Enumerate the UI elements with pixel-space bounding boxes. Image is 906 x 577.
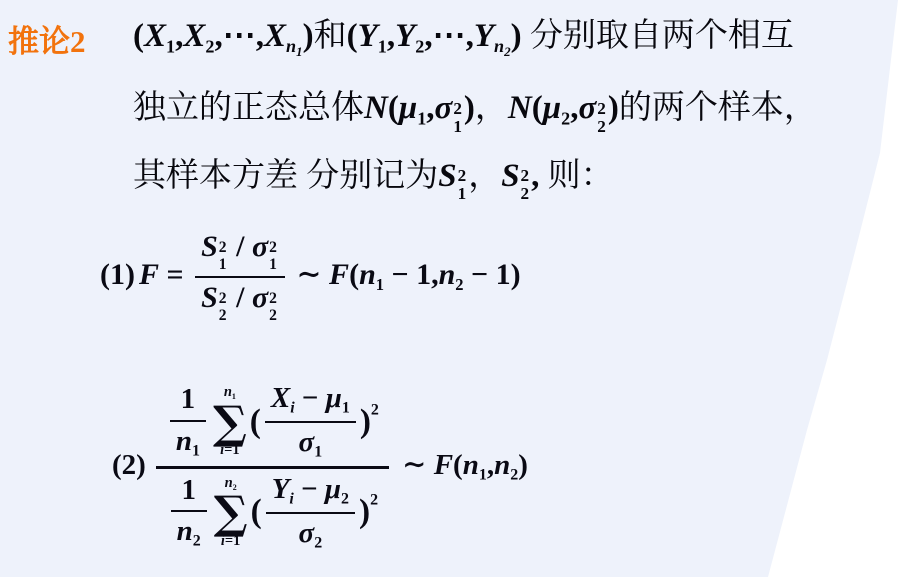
math-token: ) [303,18,314,54]
math-token: X [264,18,286,54]
math-row: i=1 [220,442,240,458]
math-token: S [501,158,519,194]
math-row: S21 / σ21 [201,230,279,263]
cjk-text: 和 [314,18,347,54]
math-token: σ [252,230,268,263]
math-token: ,⋯, [424,18,474,54]
corollary-badge: 推论2 [8,16,86,61]
formula-2: (2)1n1n1∑i=1(Xi − μ1σ1)21n2n2∑i=1(Yi − μ… [112,382,528,553]
math-supsub: 22 [219,291,227,325]
math-token: S [438,158,456,194]
statement-line-2: 独立的正态总体N(μ1,σ21)，N(μ2,σ22)的两个样本， [133,80,906,147]
math-token: n [177,515,193,547]
math-token: ) [359,494,370,531]
math-fraction: Xi − μ1σ1 [265,382,356,462]
math-superscript: 2 [370,492,378,509]
math-subscript: n1 [286,36,303,56]
math-subscript: 1 [166,36,175,56]
math-token: ( [388,90,399,126]
math-subscript: 1 [479,467,487,484]
math-token: =1 [224,442,240,458]
math-fraction: Yi − μ2σ2 [266,473,355,553]
math-token: − 1) [464,258,521,291]
math-subscript: 2 [510,467,518,484]
cjk-text: 的两个样本， [619,90,817,126]
math-token: (2) [112,449,146,481]
math-token: , [387,18,395,54]
math-token: N [364,90,388,126]
math-token: N [508,90,532,126]
math-token: , [487,449,494,481]
math-summation: n2∑i=1 [214,476,248,550]
cjk-text: ， [468,158,501,194]
math-token: μ [543,90,561,126]
math-token: ) [608,90,619,126]
math-token: S [201,230,218,263]
math-supsub: 22 [269,291,277,325]
math-token: X [271,382,290,414]
math-supsub: 22 [521,167,530,204]
math-token: ( [251,494,262,531]
math-token: =1 [225,533,241,549]
math-fraction: S21 / σ21S22 / σ22 [195,230,285,325]
math-token: ( [349,258,359,291]
math-subscript: 1 [378,36,387,56]
math-token: ( [250,403,261,440]
math-token: σ [435,90,453,126]
math-token: μ [326,382,342,414]
cjk-text: 其样本方差 分别记为 [133,158,438,194]
math-supsub: 21 [458,167,467,204]
math-row: 1n1n1∑i=1(Xi − μ1σ1)2 [166,404,379,436]
math-subscript: 1 [314,444,322,461]
math-token: μ [399,90,417,126]
math-row: i=1 [221,533,241,549]
math-token: / [229,230,252,263]
math-token: n [494,449,510,481]
math-token: ) [464,90,475,126]
math-token: ) [360,403,371,440]
cjk-text: 独立的正态总体 [133,90,364,126]
math-token: F [434,449,453,481]
math-token: ( [453,449,463,481]
cjk-text: 分别取自两个相互 [530,18,794,54]
math-subscript: 2 [561,109,570,129]
math-token: Y [395,18,415,54]
math-token: σ [299,426,315,458]
math-token: μ [325,473,341,505]
math-row: Yi − μ2 [272,473,349,505]
math-token: / [229,281,252,314]
math-row: Xi − μ1 [271,382,350,414]
math-summation: n1∑i=1 [213,385,247,459]
math-token: ∼ [395,449,434,481]
statement-line-3: 其样本方差 分别记为S21，S22, 则： [133,148,906,205]
math-token: − [294,473,325,505]
math-row: (1)F = S21 / σ21S22 / σ22 ∼ F(n1 − 1,n2 … [100,258,521,291]
math-fraction: 1n2 [171,474,207,551]
slide: 推论2 (X1,X2,⋯,Xn1)和(Y1,Y2,⋯,Yn2) 分别取自两个相互… [0,0,906,577]
math-token: ) [511,18,530,54]
math-row: S22 / σ22 [201,281,279,314]
formula-1: (1)F = S21 / σ21S22 / σ22 ∼ F(n1 − 1,n2 … [100,230,521,325]
math-token: n [359,258,376,291]
math-token: ( [347,18,358,54]
statement-text: (X1,X2,⋯,Xn1)和(Y1,Y2,⋯,Yn2) 分别取自两个相互 独立的… [133,8,906,205]
math-token: 1 [181,474,196,506]
math-token: ∼ [289,258,329,291]
math-token: n [439,258,456,291]
math-token: , [531,158,548,194]
math-token: (1) [100,258,135,291]
math-supsub: 21 [453,100,462,137]
math-token: σ [252,281,268,314]
cjk-text: ， [475,90,508,126]
math-token: F [329,258,349,291]
math-subscript: 1 [417,109,426,129]
cjk-text: 则： [548,158,614,194]
math-supsub: 22 [597,100,606,137]
math-token: S [201,281,218,314]
math-token: 1 [181,383,196,415]
math-fraction: 1n1 [170,383,206,460]
math-token: = [159,258,191,291]
math-token: , [426,90,434,126]
math-fraction: 1n1n1∑i=1(Xi − μ1σ1)21n2n2∑i=1(Yi − μ2σ2… [156,382,389,553]
math-token: F [139,258,159,291]
math-subscript: 2 [455,275,463,294]
math-token: X [183,18,205,54]
math-token: − [295,382,326,414]
math-token: ) [518,449,528,481]
math-row: 1n2n2∑i=1(Yi − μ2σ2)2 [167,494,378,526]
math-token: Y [272,473,290,505]
math-token: σ [299,517,315,549]
math-row: σ2 [299,517,323,549]
sigma-summation-symbol: ∑ [213,402,247,443]
math-row: n2 [177,515,201,547]
math-token: σ [578,90,596,126]
math-subscript: 2 [314,534,322,551]
math-token: Y [474,18,494,54]
math-supsub: 21 [269,240,277,274]
math-superscript: 2 [371,401,379,418]
math-row: σ1 [299,426,323,458]
math-supsub: 21 [219,240,227,274]
math-subscript: 2 [341,490,349,507]
statement-line-1: (X1,X2,⋯,Xn1)和(Y1,Y2,⋯,Yn2) 分别取自两个相互 [133,8,906,80]
math-subscript: 1 [192,442,200,459]
math-token: ( [532,90,543,126]
math-token: Y [358,18,378,54]
math-row: n1 [176,425,200,457]
math-subscript: 2 [193,533,201,550]
math-subscript: n2 [494,36,511,56]
math-token: ( [133,18,144,54]
math-row: (2)1n1n1∑i=1(Xi − μ1σ1)21n2n2∑i=1(Yi − μ… [112,449,528,481]
math-subscript: 1 [342,400,350,417]
sigma-summation-symbol: ∑ [214,492,248,533]
math-token: − 1, [384,258,439,291]
math-subscript: 1 [376,275,384,294]
math-token: n [176,425,192,457]
math-token: ,⋯, [214,18,264,54]
math-subscript: 2 [415,36,424,56]
math-token: X [144,18,166,54]
math-token: n [463,449,479,481]
